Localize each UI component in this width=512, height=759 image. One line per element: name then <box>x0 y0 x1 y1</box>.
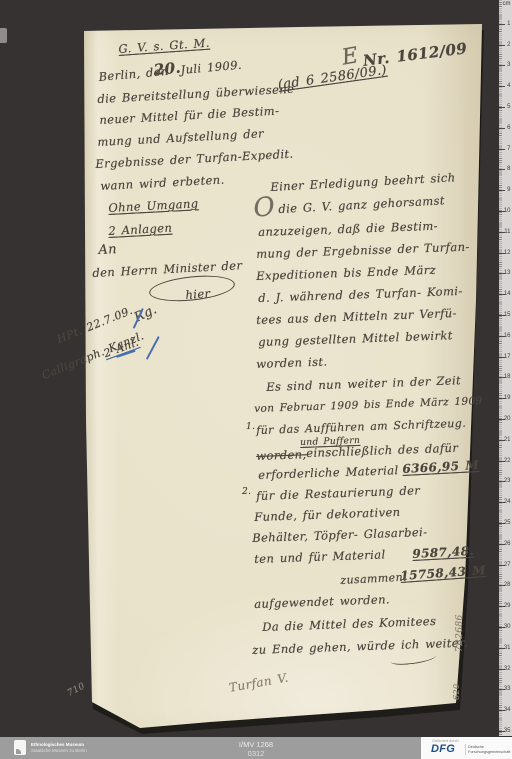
handwriting-line: Juli 1909. <box>180 58 242 77</box>
handwriting-line: 710 <box>66 681 87 698</box>
ruler-cm-number: 20 <box>504 416 511 422</box>
ruler-cm-number: 27 <box>504 562 511 568</box>
ruler-cm-number: 29 <box>504 603 511 609</box>
ruler-cm-number: 1 <box>507 21 510 27</box>
handwriting-line: Expeditionen bis Ende März <box>256 263 436 283</box>
handwriting-line: 2. <box>242 487 251 497</box>
ruler-cm-number: 8 <box>507 166 510 172</box>
ruler-cm-number: 10 <box>504 208 511 214</box>
handwriting-line: Funde, für dekorativen <box>254 505 401 524</box>
dfg-full-name: Deutsche Forschungsgemeinschaft <box>468 745 510 756</box>
ruler-cm-number: 21 <box>504 437 511 443</box>
ruler-cm-number: 9 <box>507 187 510 193</box>
handwriting-line: 2 Anlagen <box>108 221 173 238</box>
dfg-logo-box: Gefördert durch DFG Deutsche Forschungsg… <box>421 737 512 759</box>
handwriting-line: zusammen. <box>340 571 407 587</box>
handwriting-line: tees aus den Mitteln zur Verfü- <box>256 306 457 327</box>
ruler-cm-number: 12 <box>504 250 511 256</box>
ruler-cm-number: 35 <box>504 728 511 734</box>
ruler-cm-number: 3 <box>507 62 510 68</box>
handwriting-line: ten und für Material <box>254 547 386 566</box>
handwriting-line: Einer Erledigung beehrt sich <box>270 170 456 194</box>
ruler-cm-tick <box>499 149 505 150</box>
ruler-cm-tick <box>499 65 505 66</box>
handwriting-line: An <box>98 242 117 258</box>
handwriting-line: für das Aufführen am Schriftzeug. <box>256 417 466 437</box>
ruler-cm-number: 18 <box>504 374 511 380</box>
ruler-unit-label: cm <box>503 1 511 7</box>
handwriting-line: wann wird erbeten. <box>100 172 225 192</box>
ruler-cm-number: 4 <box>507 83 510 89</box>
ruler-cm-number: 5 <box>507 104 510 110</box>
ruler-cm-tick <box>499 86 505 87</box>
handwriting-line: neuer Mittel für die Bestim- <box>99 104 280 127</box>
ruler-cm-number: 15 <box>504 312 511 318</box>
handwriting-line: 620 <box>452 684 461 700</box>
ruler: cm 1234567891011121314151617181920212223… <box>499 0 512 736</box>
handwriting-line: worden, <box>256 447 307 463</box>
scan-viewport: G. V. s. Gt. M.Berlin, den20.Juli 1909.E… <box>0 0 512 759</box>
handwriting-line: anzuzeigen, daß die Bestim- <box>258 219 438 239</box>
ruler-cm-tick <box>499 190 505 191</box>
dfg-logo-divider <box>465 744 466 755</box>
ruler-cm-number: 16 <box>504 333 511 339</box>
handwriting-line: von Februar 1909 bis Ende März 1909 <box>254 395 483 415</box>
handwriting-line: Behälter, Töpfer- Glasarbei- <box>252 525 428 545</box>
handwriting-line: Ergebnisse der Turfan-Expedit. <box>95 147 294 171</box>
ruler-cm-number: 6 <box>507 125 510 131</box>
ruler-cm-number: 30 <box>504 624 511 630</box>
handwriting-line: 7B2686 <box>455 614 465 652</box>
ruler-cm-number: 25 <box>504 520 511 526</box>
handwriting-line: Turfan V. <box>228 671 290 695</box>
dfg-logo-icon: DFG <box>431 743 455 755</box>
ruler-cm-number: 33 <box>504 686 511 692</box>
ruler-cm-number: 22 <box>504 458 511 464</box>
handwriting-line: für die Restaurierung der <box>256 483 420 503</box>
handwriting-line: gung gestellten Mittel bewirkt <box>258 328 453 349</box>
ruler-cm-number: 28 <box>504 582 511 588</box>
handwriting-line: aufgewendet worden. <box>254 592 390 611</box>
ruler-cm-number: 23 <box>504 478 511 484</box>
ruler-cm-tick <box>499 128 505 129</box>
handwriting-line: mung der Ergebnisse der Turfan- <box>256 240 470 261</box>
dfg-name-line2: Forschungsgemeinschaft <box>468 750 510 756</box>
ruler-cm-number: 24 <box>504 499 511 505</box>
signature-flourish <box>390 651 437 666</box>
handwriting-line: 6366,95 M <box>402 458 479 476</box>
ruler-cm-number: 31 <box>504 645 511 651</box>
footer-bar: Ethnologisches Museum Staatliche Museen … <box>0 737 512 759</box>
ruler-cm-number: 17 <box>504 354 511 360</box>
handwriting-line: G. V. s. Gt. M. <box>118 36 210 56</box>
ruler-cm-number: 7 <box>507 146 510 152</box>
ruler-cm-number: 13 <box>504 270 511 276</box>
ruler-cm-number: 34 <box>504 707 511 713</box>
ruler-cm-number: 19 <box>504 395 511 401</box>
ruler-cm-number: 11 <box>504 229 510 235</box>
ruler-cm-tick <box>499 169 505 170</box>
handwriting-line: worden ist. <box>256 355 328 371</box>
ruler-cm-tick <box>499 45 505 46</box>
ruler-cm-number: 32 <box>504 666 511 672</box>
handwriting-line: die G. V. ganz gehorsamst <box>278 193 445 216</box>
ruler-cm-tick <box>499 24 505 25</box>
handwriting-line: 20. <box>153 59 182 79</box>
handwriting-line: erforderliche Material <box>258 463 399 482</box>
handwriting-line: die Bereitstellung überwiesene <box>97 82 295 106</box>
blue-check-mark <box>146 336 160 360</box>
ruler-cm-number: 14 <box>504 291 511 297</box>
handwriting-line: O <box>252 192 277 224</box>
ruler-cm-tick <box>499 107 505 108</box>
handwriting-line: mung und Aufstellung der <box>97 126 264 149</box>
handwriting-line: 15758,43 M <box>400 563 486 583</box>
handwriting-line: Ohne Umgang <box>108 196 199 215</box>
handwriting-line: 1. <box>246 422 255 432</box>
ruler-cm-number: 2 <box>507 42 510 48</box>
ruler-cm-number: 26 <box>504 541 511 547</box>
handwriting-line: Es sind nun weiter in der Zeit <box>266 373 461 394</box>
circled-annotation <box>148 272 236 305</box>
handwriting-line: Da die Mittel des Komitees <box>262 614 437 634</box>
handwriting-line: 9587,48. <box>412 544 474 561</box>
handwriting-layer: G. V. s. Gt. M.Berlin, den20.Juli 1909.E… <box>0 0 512 759</box>
handwriting-line: d. J. während des Turfan- Komi- <box>258 284 463 305</box>
